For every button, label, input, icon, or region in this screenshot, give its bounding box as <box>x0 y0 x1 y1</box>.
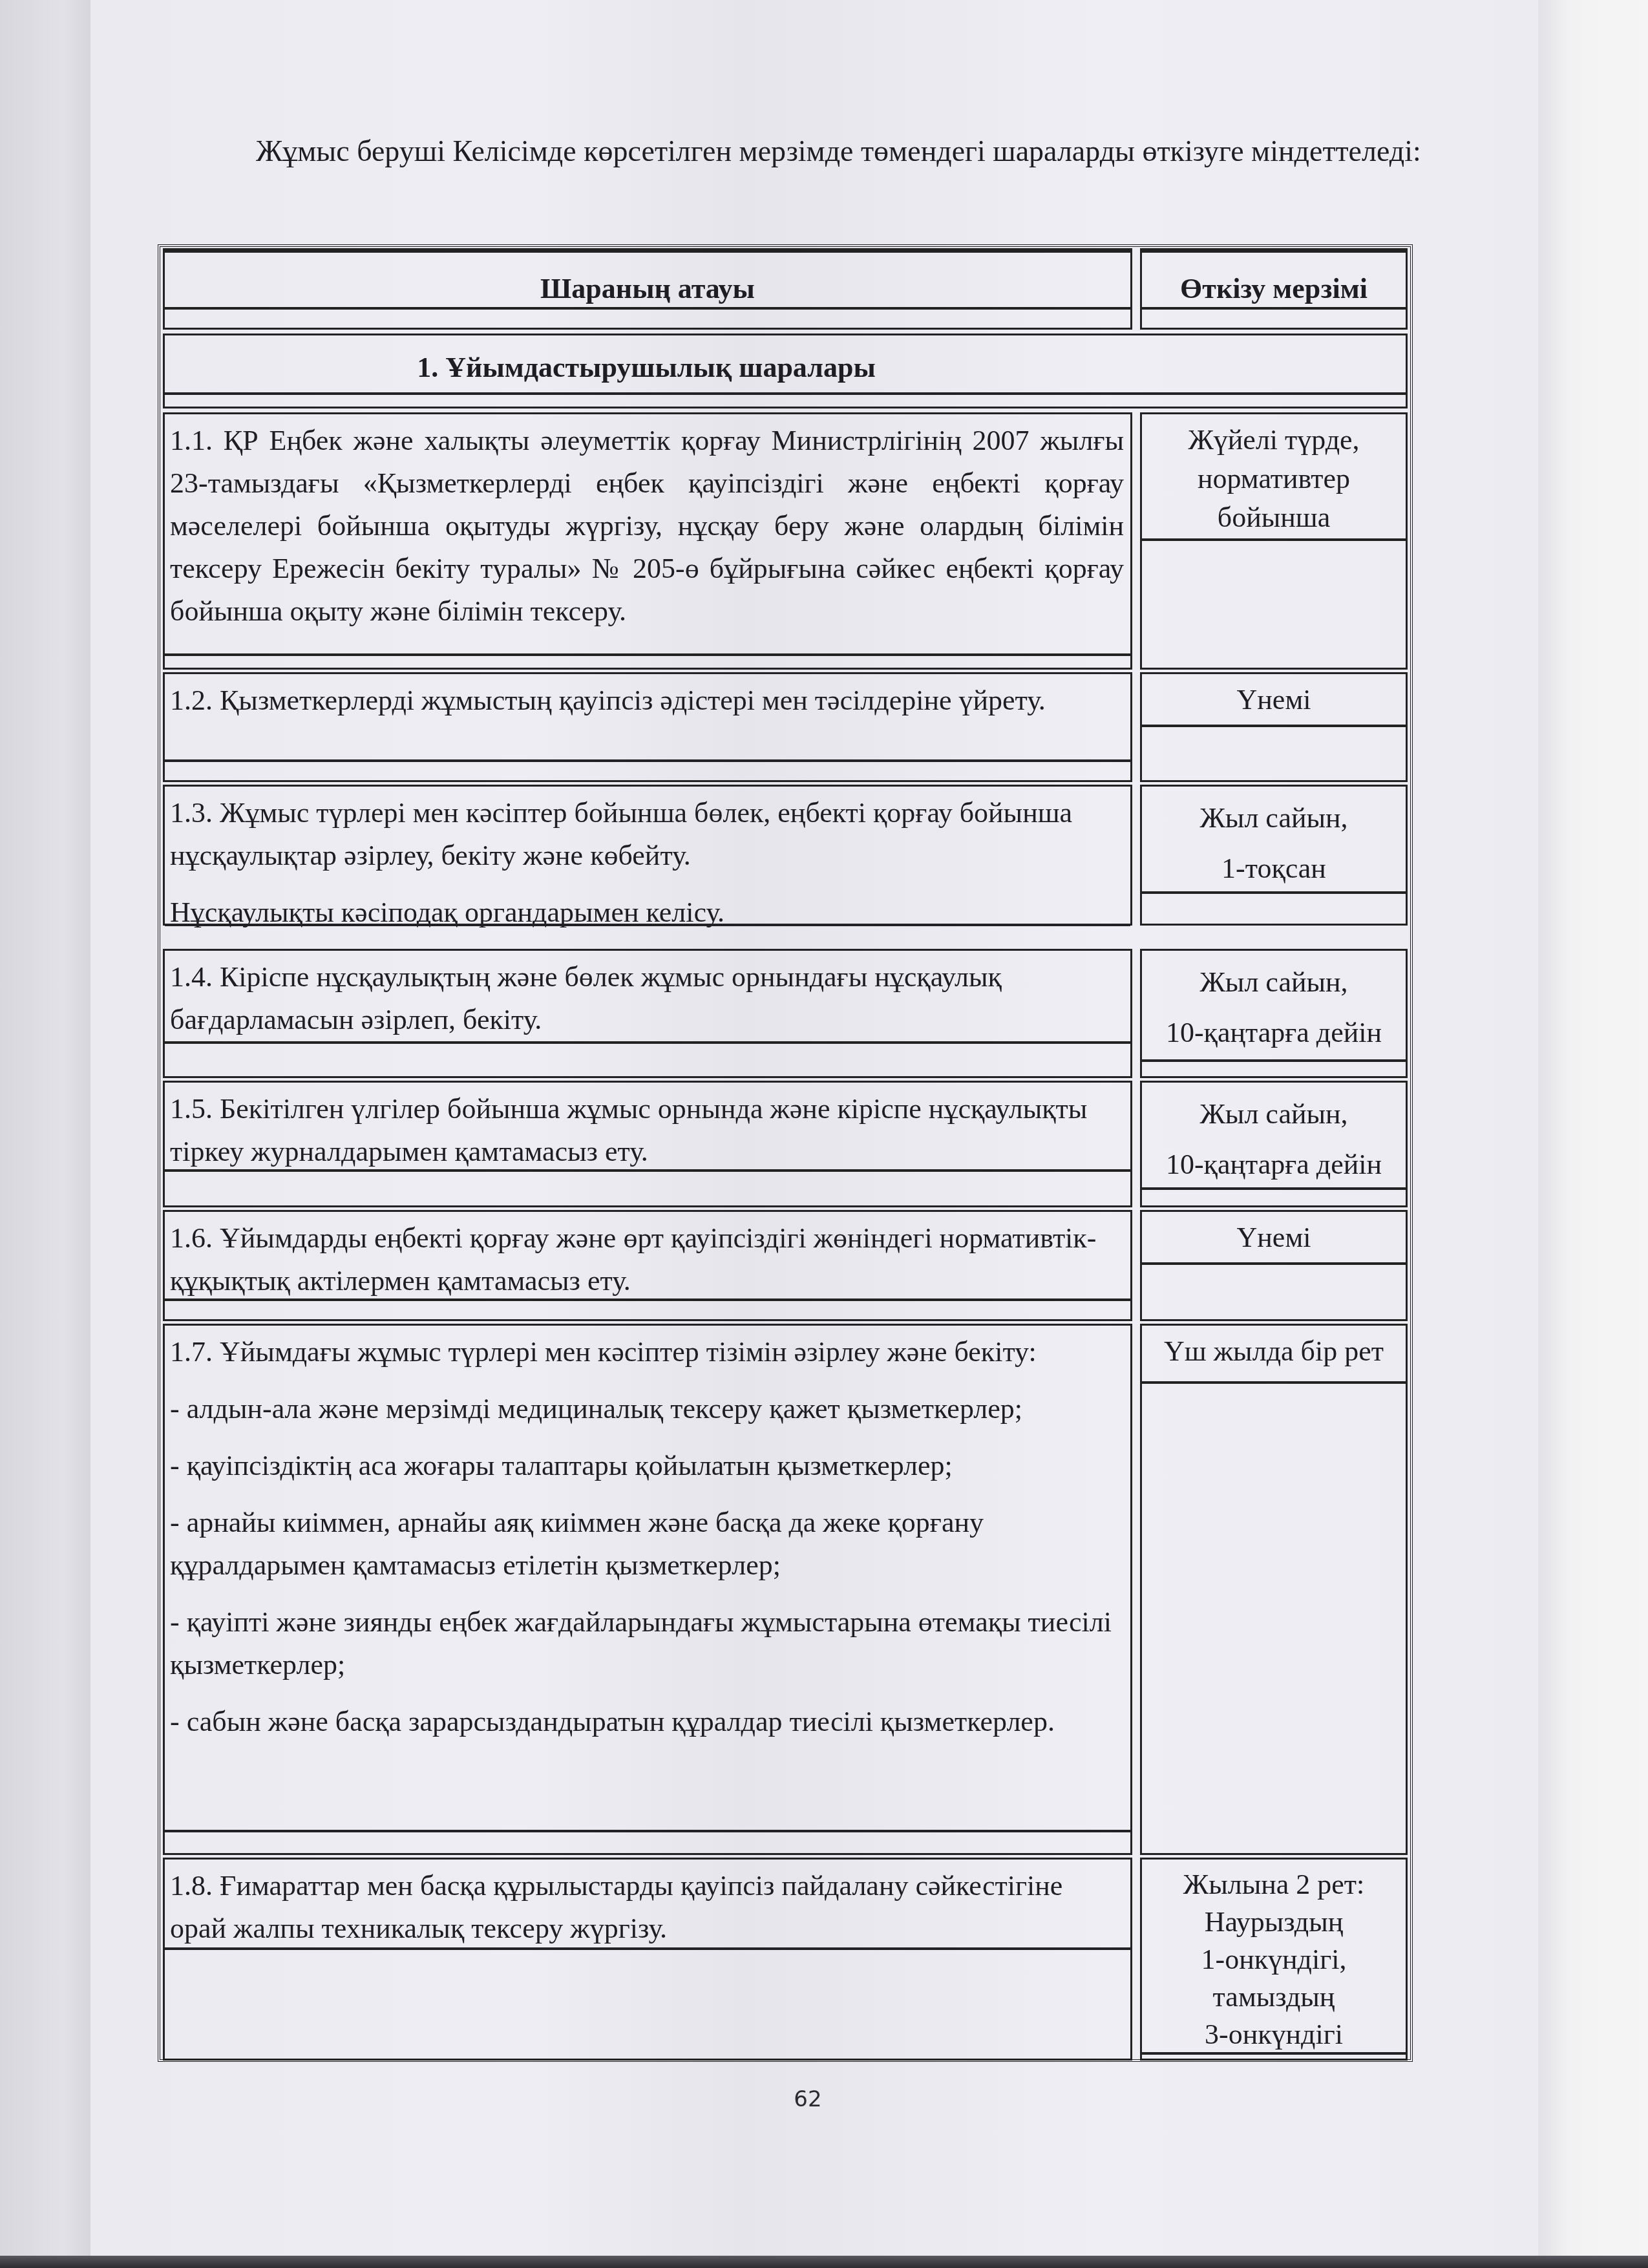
measure-name-cell: 1.2. Қызметкерлерді жұмыстың қауіпсіз әд… <box>163 672 1132 782</box>
deadline-line: 3-онкүндігі <box>1142 2016 1406 2053</box>
table-row: 1.1. ҚР Еңбек және халықты әлеуметтік қо… <box>163 412 1408 670</box>
deadline-text: Жылына 2 рет:Наурыздың1-онкүндігі,тамызд… <box>1142 1866 1406 2053</box>
table-row: 1.3. Жұмыс түрлері мен кәсіптер бойынша … <box>163 785 1408 926</box>
scan-left-edge <box>0 0 90 2268</box>
measure-description: 1.4. Кіріспе нұсқаулықтың және бөлек жұм… <box>170 956 1124 1041</box>
cell-divider <box>165 924 1130 926</box>
header-name-cell: Шараның атауы <box>163 248 1132 330</box>
table-row: 1.2. Қызметкерлерді жұмыстың қауіпсіз әд… <box>163 672 1408 782</box>
cell-divider <box>165 653 1130 656</box>
table-row: 1.8. Ғимараттар мен басқа құрылыстарды қ… <box>163 1858 1408 2061</box>
measure-sub-item: - арнайы киіммен, арнайы аяқ киіммен жән… <box>170 1501 1124 1587</box>
section-cell: 1. Ұйымдастырушылық шаралары <box>163 334 1408 408</box>
deadline-cell: Үш жылда бір рет <box>1140 1324 1408 1855</box>
deadline-text: Жыл сайын,1-тоқсан <box>1142 793 1406 894</box>
measure-name-cell: 1.8. Ғимараттар мен басқа құрылыстарды қ… <box>163 1858 1132 2061</box>
measure-sub-item: - қауіпті және зиянды еңбек жағдайларынд… <box>170 1601 1124 1686</box>
measure-description: 1.1. ҚР Еңбек және халықты әлеуметтік қо… <box>170 419 1124 633</box>
measure-name-cell: 1.3. Жұмыс түрлері мен кәсіптер бойынша … <box>163 785 1132 926</box>
measure-name-cell: 1.7. Ұйымдағы жұмыс түрлері мен кәсіптер… <box>163 1324 1132 1855</box>
measure-text: 1.1. ҚР Еңбек және халықты әлеуметтік қо… <box>170 419 1124 633</box>
measure-text: 1.5. Бекітілген үлгілер бойынша жұмыс ор… <box>170 1088 1124 1173</box>
deadline-line: 1-тоқсан <box>1142 843 1406 894</box>
measure-text: 1.7. Ұйымдағы жұмыс түрлері мен кәсіптер… <box>170 1331 1124 1743</box>
measure-text: 1.3. Жұмыс түрлері мен кәсіптер бойынша … <box>170 792 1124 934</box>
deadline-cell: Жыл сайын,10-қаңтарға дейін <box>1140 1081 1408 1207</box>
measure-description: 1.2. Қызметкерлерді жұмыстың қауіпсіз әд… <box>170 679 1124 722</box>
deadline-line: 1-онкүндігі, <box>1142 1941 1406 1978</box>
scan-right-edge <box>1538 0 1648 2268</box>
deadline-line: 10-қаңтарға дейін <box>1142 1139 1406 1190</box>
deadline-line: нормативтер <box>1142 460 1406 498</box>
measures-table: Шараның атауы Өткізу мерзімі 1. Ұйымдаст… <box>158 244 1413 2062</box>
cell-divider <box>165 759 1130 762</box>
deadline-line: Жыл сайын, <box>1142 793 1406 843</box>
measure-text: 1.4. Кіріспе нұсқаулықтың және бөлек жұм… <box>170 956 1124 1041</box>
measure-sub-item: Нұсқаулықты кәсіподақ органдарымен келіс… <box>170 891 1124 934</box>
deadline-cell: Жыл сайын,10-қаңтарға дейін <box>1140 949 1408 1078</box>
deadline-line: тамыздың <box>1142 1978 1406 2016</box>
deadline-line: Жыл сайын, <box>1142 957 1406 1008</box>
measure-description: 1.7. Ұйымдағы жұмыс түрлері мен кәсіптер… <box>170 1331 1124 1373</box>
cell-divider <box>1142 891 1406 894</box>
measure-text: 1.8. Ғимараттар мен басқа құрылыстарды қ… <box>170 1865 1124 1950</box>
deadline-text: Үнемі <box>1142 681 1406 719</box>
deadline-line: 10-қаңтарға дейін <box>1142 1008 1406 1058</box>
measure-text: 1.6. Ұйымдарды еңбекті қорғау және өрт қ… <box>170 1217 1124 1302</box>
table-row: 1.7. Ұйымдағы жұмыс түрлері мен кәсіптер… <box>163 1324 1408 1855</box>
measure-description: 1.5. Бекітілген үлгілер бойынша жұмыс ор… <box>170 1088 1124 1173</box>
measure-description: 1.3. Жұмыс түрлері мен кәсіптер бойынша … <box>170 792 1124 877</box>
header-deadline-cell: Өткізу мерзімі <box>1140 248 1408 330</box>
measure-name-cell: 1.5. Бекітілген үлгілер бойынша жұмыс ор… <box>163 1081 1132 1207</box>
deadline-cell: Жүйелі түрде,нормативтербойынша <box>1140 412 1408 670</box>
scan-bottom-edge <box>0 2256 1648 2268</box>
section-row: 1. Ұйымдастырушылық шаралары <box>163 334 1408 408</box>
deadline-text: Жүйелі түрде,нормативтербойынша <box>1142 421 1406 537</box>
deadline-cell: Жыл сайын,1-тоқсан <box>1140 785 1408 926</box>
cell-divider <box>1142 538 1406 541</box>
measure-text: 1.2. Қызметкерлерді жұмыстың қауіпсіз әд… <box>170 679 1124 722</box>
deadline-cell: Үнемі <box>1140 1210 1408 1321</box>
measure-name-cell: 1.6. Ұйымдарды еңбекті қорғау және өрт қ… <box>163 1210 1132 1321</box>
cell-divider <box>165 1169 1130 1172</box>
deadline-line: Жүйелі түрде, <box>1142 421 1406 460</box>
cell-divider <box>1142 725 1406 727</box>
section-title: 1. Ұйымдастырушылық шаралары <box>165 348 1406 387</box>
deadline-cell: Үнемі <box>1140 672 1408 782</box>
deadline-text: Үш жылда бір рет <box>1142 1332 1406 1371</box>
deadline-cell: Жылына 2 рет:Наурыздың1-онкүндігі,тамызд… <box>1140 1858 1408 2061</box>
header-deadline-label: Өткізу мерзімі <box>1142 270 1406 308</box>
measure-sub-item: - қауіпсіздіктің аса жоғары талаптары қо… <box>170 1445 1124 1487</box>
measure-name-cell: 1.4. Кіріспе нұсқаулықтың және бөлек жұм… <box>163 949 1132 1078</box>
cell-divider <box>165 1041 1130 1044</box>
deadline-line: Үнемі <box>1142 1218 1406 1257</box>
deadline-text: Жыл сайын,10-қаңтарға дейін <box>1142 1089 1406 1190</box>
cell-divider <box>1142 1381 1406 1384</box>
measure-description: 1.8. Ғимараттар мен басқа құрылыстарды қ… <box>170 1865 1124 1950</box>
deadline-text: Жыл сайын,10-қаңтарға дейін <box>1142 957 1406 1058</box>
measure-sub-item: - алдын-ала және мерзімді медициналық те… <box>170 1388 1124 1430</box>
cell-divider <box>1142 2052 1406 2055</box>
deadline-text: Үнемі <box>1142 1218 1406 1257</box>
deadline-line: Жылына 2 рет: <box>1142 1866 1406 1903</box>
deadline-line: Үш жылда бір рет <box>1142 1332 1406 1371</box>
deadline-line: бойынша <box>1142 498 1406 537</box>
intro-paragraph: Жұмыс беруші Келісімде көрсетілген мерзі… <box>160 126 1422 176</box>
cell-divider <box>1142 1262 1406 1265</box>
measure-name-cell: 1.1. ҚР Еңбек және халықты әлеуметтік қо… <box>163 412 1132 670</box>
table-row: 1.4. Кіріспе нұсқаулықтың және бөлек жұм… <box>163 949 1408 1078</box>
measure-description: 1.6. Ұйымдарды еңбекті қорғау және өрт қ… <box>170 1217 1124 1302</box>
table-row: 1.5. Бекітілген үлгілер бойынша жұмыс ор… <box>163 1081 1408 1207</box>
deadline-line: Үнемі <box>1142 681 1406 719</box>
cell-divider <box>165 1830 1130 1832</box>
header-name-label: Шараның атауы <box>165 270 1130 308</box>
measure-sub-item: - сабын және басқа зарарсыздандыратын құ… <box>170 1701 1124 1743</box>
cell-divider <box>165 1947 1130 1950</box>
table-header-row: Шараның атауы Өткізу мерзімі <box>163 248 1408 330</box>
table-row: 1.6. Ұйымдарды еңбекті қорғау және өрт қ… <box>163 1210 1408 1321</box>
cell-divider <box>165 1298 1130 1301</box>
deadline-line: Наурыздың <box>1142 1903 1406 1941</box>
page-number: 62 <box>711 2086 905 2112</box>
cell-divider <box>1142 1059 1406 1062</box>
cell-divider <box>1142 1187 1406 1190</box>
deadline-line: Жыл сайын, <box>1142 1089 1406 1139</box>
